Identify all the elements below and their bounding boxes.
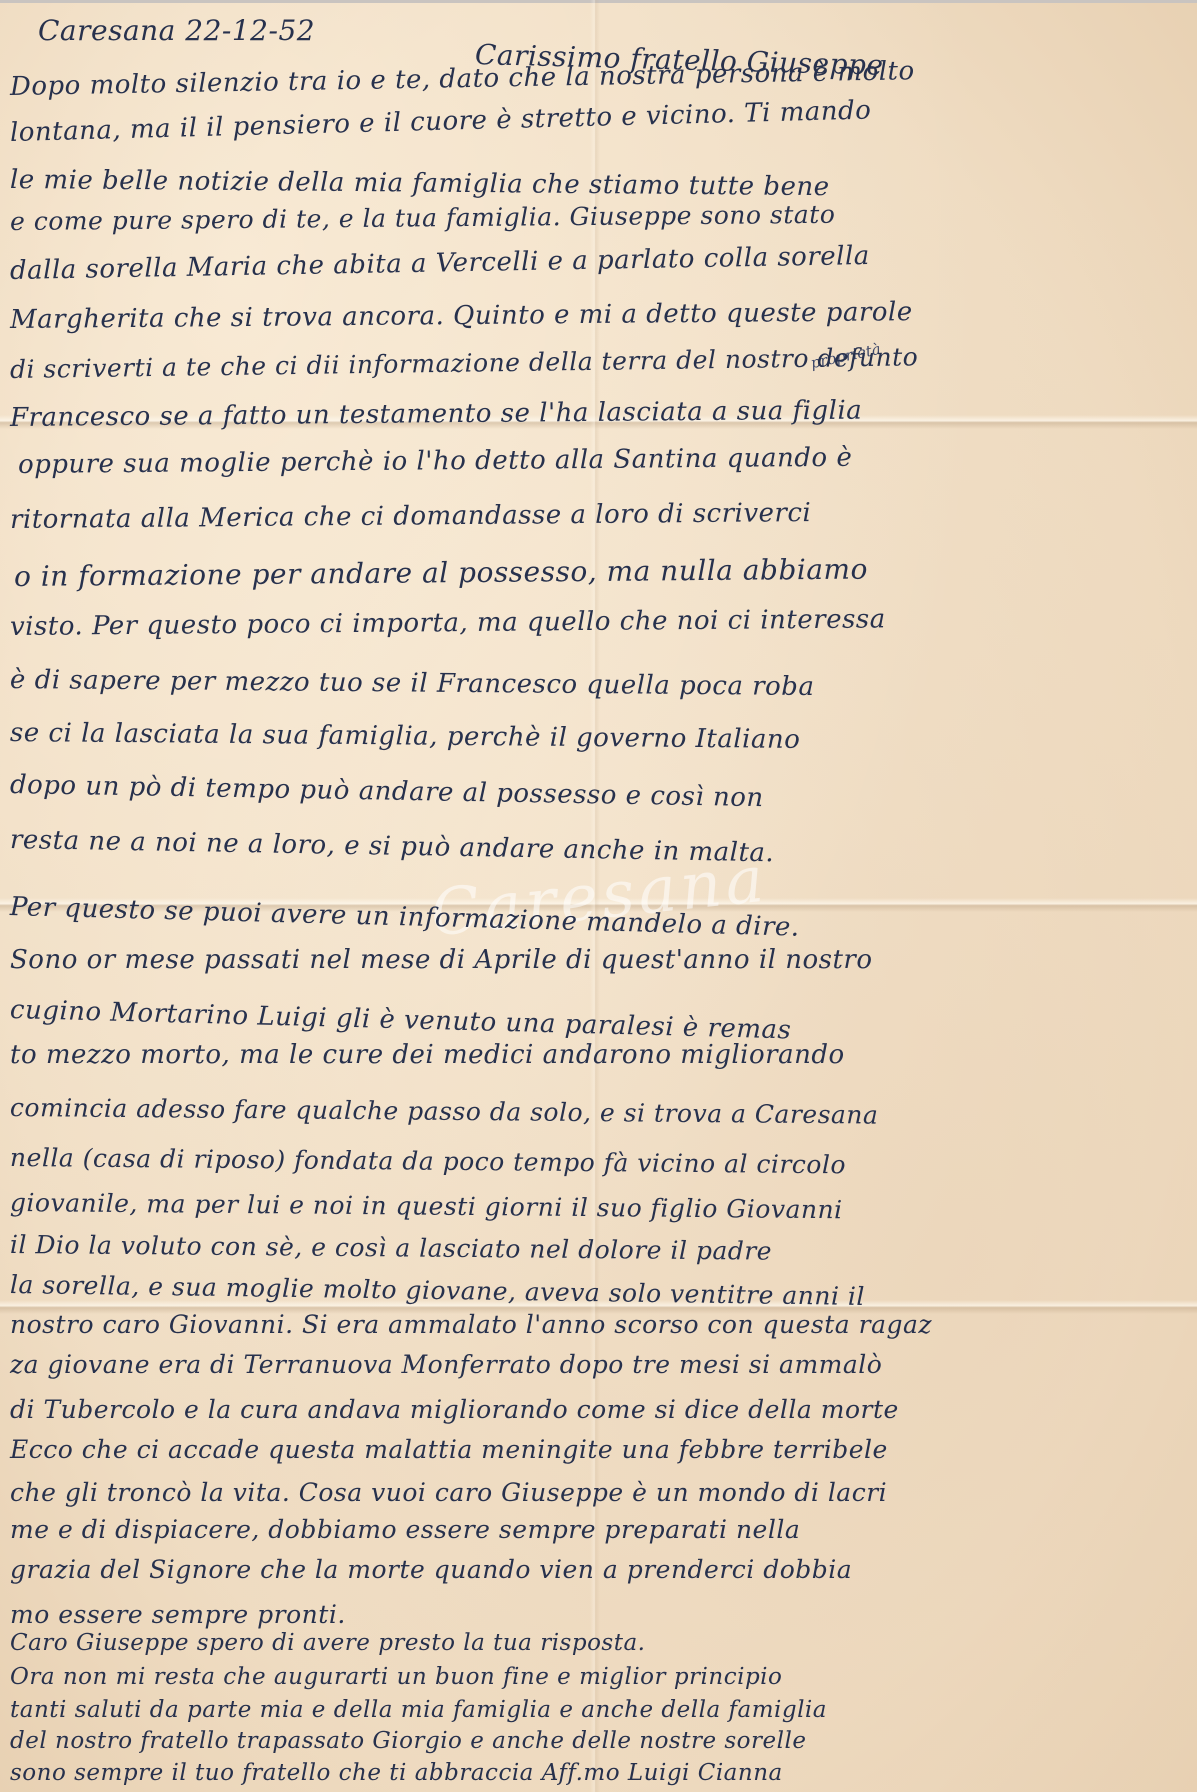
letter-line: le mie belle notizie della mia famiglia … [10, 165, 830, 202]
letter-line: di Tubercolo e la cura andava migliorand… [10, 1395, 899, 1424]
letter-line: se ci la lasciata la sua famiglia, perch… [10, 718, 801, 755]
letter-line: lontana, ma il il pensiero e il cuore è … [10, 95, 872, 148]
letter-line: za giovane era di Terranuova Monferrato … [10, 1350, 882, 1379]
place-date: Caresana 22-12-52 [38, 14, 315, 47]
letter-line: tanti saluti da parte mia e della mia fa… [10, 1697, 827, 1723]
letter-line: e come pure spero di te, e la tua famigl… [10, 200, 836, 236]
letter-line: cugino Mortarino Luigi gli è venuto una … [10, 995, 792, 1045]
letter-line: Ora non mi resta che augurarti un buon f… [10, 1664, 782, 1690]
letter-line: del nostro fratello trapassato Giorgio e… [10, 1728, 806, 1754]
letter-line: o in formazione per andare al possesso, … [14, 553, 868, 593]
letter-line: nella (casa di riposo) fondata da poco t… [10, 1143, 846, 1179]
letter-line: grazia del Signore che la morte quando v… [10, 1555, 852, 1584]
letter-line: ritornata alla Merica che ci domandasse … [10, 498, 812, 535]
letter-line: nostro caro Giovanni. Si era ammalato l'… [10, 1310, 932, 1339]
letter-line: Sono or mese passati nel mese di Aprile … [10, 945, 872, 975]
letter-line: comincia adesso fare qualche passo da so… [10, 1093, 879, 1130]
letter-line: mo essere sempre pronti. [10, 1600, 346, 1629]
letter-line: il Dio la voluto con sè, e così a lascia… [10, 1230, 772, 1266]
letter-line: Margherita che si trova ancora. Quinto e… [10, 297, 913, 335]
letter-line: Caro Giuseppe spero di avere presto la t… [10, 1630, 646, 1656]
letter-line: resta ne a noi ne a loro, e si può andar… [10, 825, 775, 868]
letter-line: oppure sua moglie perchè io l'ho detto a… [18, 443, 853, 480]
letter-line: me e di dispiacere, dobbiamo essere semp… [10, 1515, 800, 1544]
letter-line: to mezzo morto, ma le cure dei medici an… [10, 1040, 845, 1070]
letter-line: Ecco che ci accade questa malattia menin… [10, 1435, 888, 1464]
letter-signoff: sono sempre il tuo fratello che ti abbra… [10, 1760, 783, 1786]
letter-page: Caresana Caresana 22-12-52 Carissimo fra… [0, 0, 1197, 1792]
letter-line: Dopo molto silenzio tra io e te, dato ch… [10, 56, 915, 102]
letter-line: dopo un pò di tempo può andare al posses… [10, 770, 764, 813]
letter-line: giovanile, ma per lui e noi in questi gi… [10, 1188, 843, 1224]
letter-line: è di sapere per mezzo tuo se il Francesc… [10, 665, 815, 702]
letter-line: di scriverti a te che ci dii informazion… [10, 342, 919, 384]
letter-line: che gli troncò la vita. Cosa vuoi caro G… [10, 1478, 887, 1507]
letter-line: visto. Per questo poco ci importa, ma qu… [10, 604, 886, 642]
letter-line: dalla sorella Maria che abita a Vercelli… [10, 241, 870, 286]
